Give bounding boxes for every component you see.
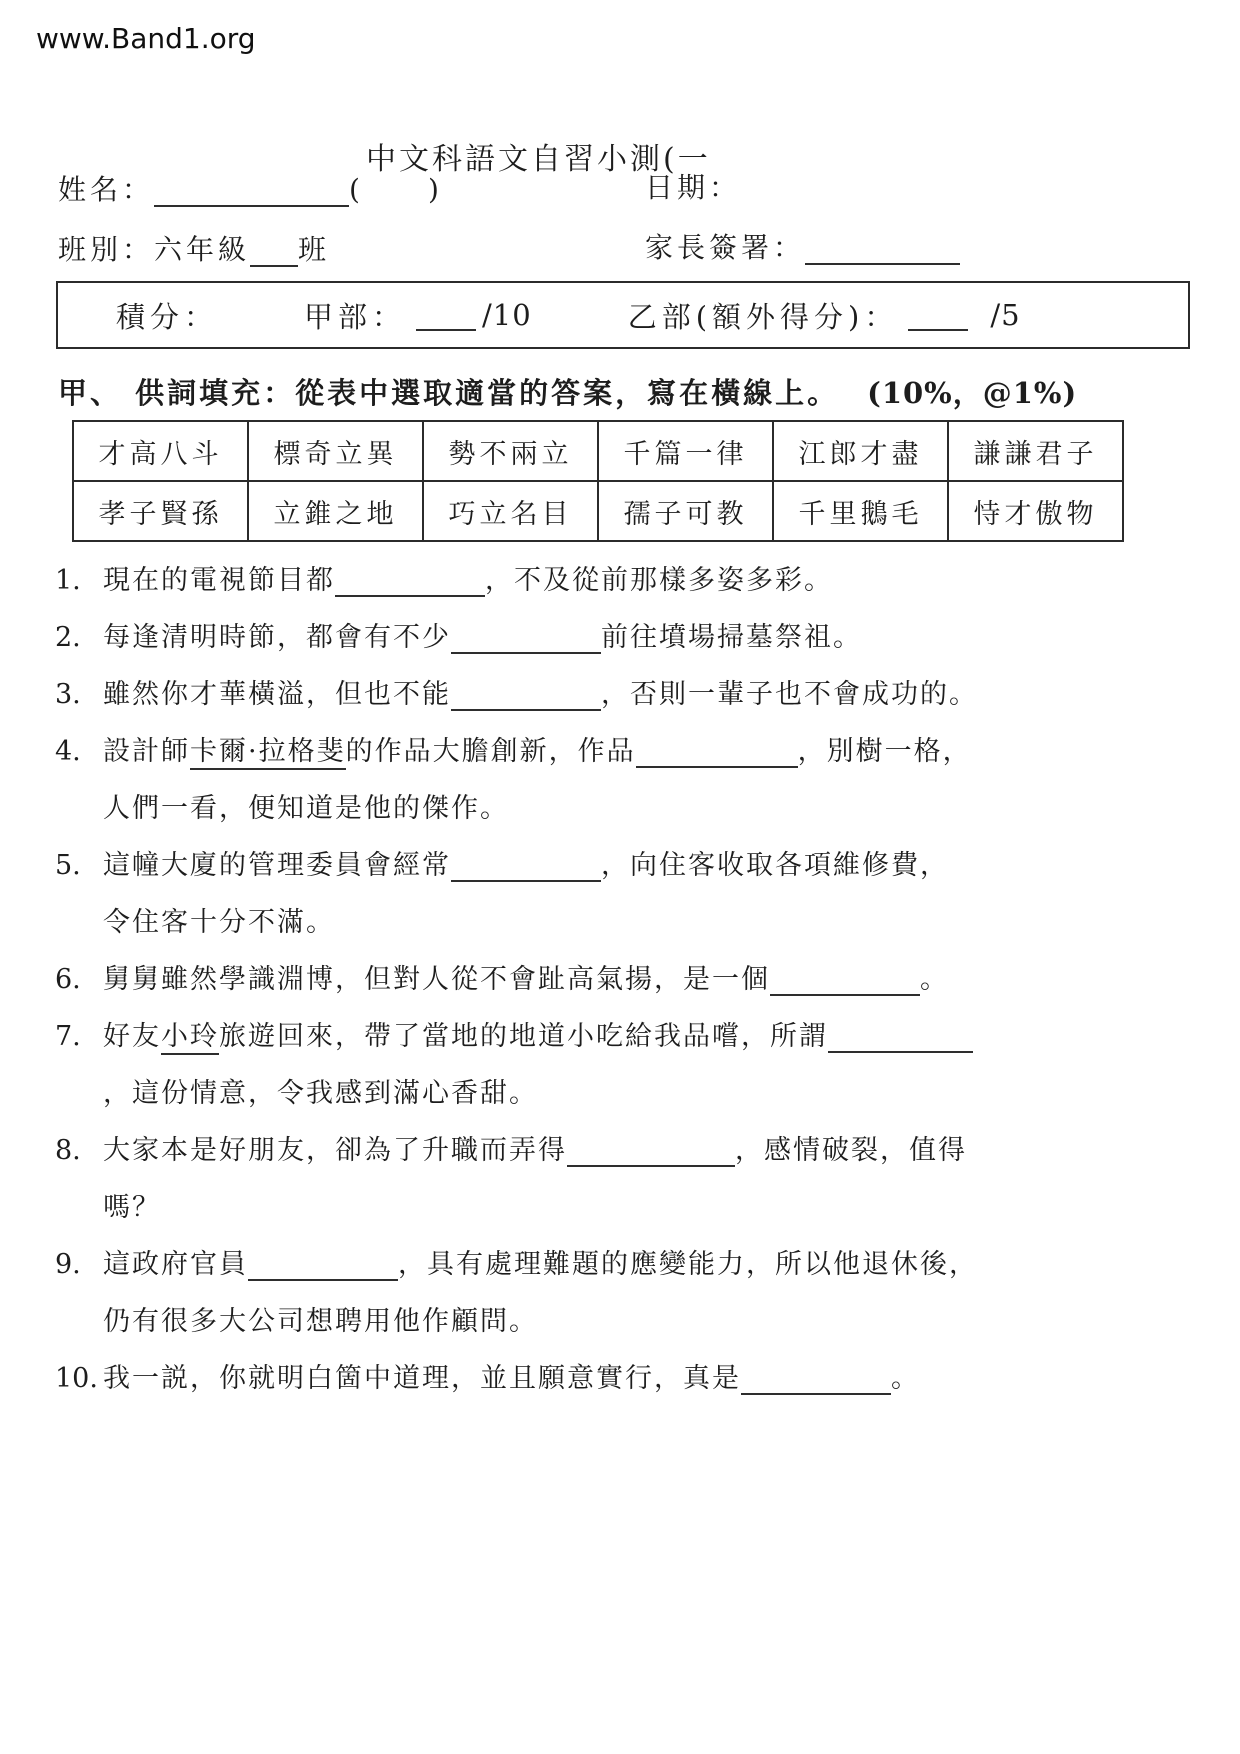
word-bank-table: 才高八斗 標奇立異 勢不兩立 千篇一律 江郎才盡 謙謙君子 孝子賢孫 立錐之地 … bbox=[72, 420, 1124, 542]
question-text: 我一説，你就明白箇中道理，並且願意實行，真是 bbox=[103, 1363, 741, 1394]
parent-sign-label: 家長簽署： bbox=[645, 231, 805, 264]
word-bank-term: 標奇立異 bbox=[248, 421, 423, 481]
question-text: 旅遊回來，帶了當地的地道小吃給我品嚐，所謂 bbox=[219, 1021, 828, 1052]
question-item: 1.現在的電視節目都，不及從前那樣多姿多彩。 bbox=[55, 552, 1195, 609]
questions-list: 1.現在的電視節目都，不及從前那樣多姿多彩。2.每逢清明時節，都會有不少前往墳場… bbox=[55, 552, 1195, 1407]
question-number: 5. bbox=[55, 837, 103, 951]
word-bank-term: 勢不兩立 bbox=[423, 421, 598, 481]
class-label: 班別：六年級 bbox=[58, 233, 250, 266]
question-item: 5.這幢大廈的管理委員會經常，向住客收取各項維修費，令住客十分不滿。 bbox=[55, 837, 1195, 951]
score-label: 積分： bbox=[116, 295, 218, 336]
answer-blank[interactable] bbox=[770, 966, 920, 996]
question-text: ，不及從前那樣多姿多彩。 bbox=[485, 565, 833, 596]
question-text: 人們一看，便知道是他的傑作。 bbox=[103, 793, 509, 824]
word-bank-term: 巧立名目 bbox=[423, 481, 598, 541]
question-text: 這幢大廈的管理委員會經常 bbox=[103, 850, 451, 881]
answer-blank[interactable] bbox=[567, 1137, 735, 1167]
question-text: 現在的電視節目都 bbox=[103, 565, 335, 596]
question-text: 仍有很多大公司想聘用他作顧問。 bbox=[103, 1306, 538, 1337]
question-line: 現在的電視節目都，不及從前那樣多姿多彩。 bbox=[103, 552, 1195, 609]
question-text: 令住客十分不滿。 bbox=[103, 907, 335, 938]
part-a-label: 甲部： bbox=[304, 295, 406, 336]
question-number: 4. bbox=[55, 723, 103, 837]
question-item: 4.設計師卡爾·拉格斐的作品大膽創新，作品，別樹一格，人們一看，便知道是他的傑作… bbox=[55, 723, 1195, 837]
section-instruction: 甲、 供詞填充：從表中選取適當的答案，寫在橫線上。 bbox=[58, 376, 839, 410]
question-line: 這幢大廈的管理委員會經常，向住客收取各項維修費， bbox=[103, 837, 1195, 894]
answer-blank[interactable] bbox=[335, 567, 485, 597]
part-b-total: /5 bbox=[990, 298, 1020, 332]
question-item: 2.每逢清明時節，都會有不少前往墳場掃墓祭祖。 bbox=[55, 609, 1195, 666]
question-line: ，這份情意，令我感到滿心香甜。 bbox=[103, 1065, 1195, 1122]
question-line: 每逢清明時節，都會有不少前往墳場掃墓祭祖。 bbox=[103, 609, 1195, 666]
question-line: 令住客十分不滿。 bbox=[103, 894, 1195, 951]
part-b-label: 乙部(額外得分)： bbox=[628, 295, 899, 336]
word-bank-row: 才高八斗 標奇立異 勢不兩立 千篇一律 江郎才盡 謙謙君子 bbox=[73, 421, 1123, 481]
question-number: 7. bbox=[55, 1008, 103, 1122]
date-row: 日期： bbox=[645, 166, 741, 206]
question-text: 雖然你才華橫溢，但也不能 bbox=[103, 679, 451, 710]
question-text: ，感情破裂，值得 bbox=[735, 1135, 967, 1166]
class-number-parens: ( ) bbox=[349, 173, 443, 206]
question-text: 這政府官員 bbox=[103, 1249, 248, 1280]
question-text: 。 bbox=[891, 1363, 920, 1394]
question-line: 人們一看，便知道是他的傑作。 bbox=[103, 780, 1195, 837]
date-label: 日期： bbox=[645, 171, 741, 204]
answer-blank[interactable] bbox=[828, 1023, 973, 1053]
question-line: 大家本是好朋友，卻為了升職而弄得，感情破裂，值得 bbox=[103, 1122, 1195, 1179]
section-marks: (10%，@1%) bbox=[867, 376, 1077, 410]
class-input-line[interactable] bbox=[250, 236, 298, 267]
class-suffix: 班 bbox=[298, 233, 330, 266]
question-text: ，具有處理難題的應變能力，所以他退休後， bbox=[398, 1249, 978, 1280]
word-bank-row: 孝子賢孫 立錐之地 巧立名目 孺子可教 千里鵝毛 恃才傲物 bbox=[73, 481, 1123, 541]
question-item: 3.雖然你才華橫溢，但也不能，否則一輩子也不會成功的。 bbox=[55, 666, 1195, 723]
score-box: 積分： 甲部： /10 乙部(額外得分)： /5 bbox=[56, 281, 1190, 349]
question-text: 前往墳場掃墓祭祖。 bbox=[601, 622, 862, 653]
question-number: 2. bbox=[55, 609, 103, 666]
question-number: 1. bbox=[55, 552, 103, 609]
word-bank-term: 孺子可教 bbox=[598, 481, 773, 541]
word-bank-term: 恃才傲物 bbox=[948, 481, 1123, 541]
question-text: 舅舅雖然學識淵博，但對人從不會趾高氣揚，是一個 bbox=[103, 964, 770, 995]
word-bank-term: 孝子賢孫 bbox=[73, 481, 248, 541]
question-line: 舅舅雖然學識淵博，但對人從不會趾高氣揚，是一個。 bbox=[103, 951, 1195, 1008]
question-text: 的作品大膽創新，作品 bbox=[346, 736, 636, 767]
question-number: 3. bbox=[55, 666, 103, 723]
word-bank-term: 才高八斗 bbox=[73, 421, 248, 481]
name-label: 姓名： bbox=[58, 173, 154, 206]
answer-blank[interactable] bbox=[248, 1251, 398, 1281]
question-line: 我一説，你就明白箇中道理，並且願意實行，真是。 bbox=[103, 1350, 1195, 1407]
question-line: 仍有很多大公司想聘用他作顧問。 bbox=[103, 1293, 1195, 1350]
parent-sign-line[interactable] bbox=[805, 234, 960, 265]
word-bank-term: 謙謙君子 bbox=[948, 421, 1123, 481]
part-b-score-line[interactable] bbox=[908, 299, 968, 331]
class-row: 班別：六年級班 bbox=[58, 228, 330, 268]
question-number: 8. bbox=[55, 1122, 103, 1236]
question-text: 每逢清明時節，都會有不少 bbox=[103, 622, 451, 653]
question-item: 8.大家本是好朋友，卻為了升職而弄得，感情破裂，值得嗎？ bbox=[55, 1122, 1195, 1236]
parent-sign-row: 家長簽署： bbox=[645, 226, 960, 266]
proper-noun-underlined: 卡爾·拉格斐 bbox=[190, 736, 346, 770]
proper-noun-underlined: 小玲 bbox=[161, 1021, 219, 1055]
question-text: 大家本是好朋友，卻為了升職而弄得 bbox=[103, 1135, 567, 1166]
part-a-total: /10 bbox=[482, 298, 532, 332]
question-text: ，別樹一格， bbox=[798, 736, 972, 767]
answer-blank[interactable] bbox=[451, 681, 601, 711]
part-a-score-line[interactable] bbox=[416, 299, 476, 331]
question-item: 10.我一説，你就明白箇中道理，並且願意實行，真是。 bbox=[55, 1350, 1195, 1407]
question-text: 好友 bbox=[103, 1021, 161, 1052]
word-bank-term: 立錐之地 bbox=[248, 481, 423, 541]
word-bank-term: 江郎才盡 bbox=[773, 421, 948, 481]
question-text: 嗎？ bbox=[103, 1192, 161, 1223]
site-watermark: www.Band1.org bbox=[36, 22, 256, 55]
question-text: ，向住客收取各項維修費， bbox=[601, 850, 949, 881]
question-line: 設計師卡爾·拉格斐的作品大膽創新，作品，別樹一格， bbox=[103, 723, 1195, 780]
word-bank-term: 千里鵝毛 bbox=[773, 481, 948, 541]
name-row: 姓名：( ) bbox=[58, 168, 443, 208]
question-line: 這政府官員，具有處理難題的應變能力，所以他退休後， bbox=[103, 1236, 1195, 1293]
answer-blank[interactable] bbox=[741, 1365, 891, 1395]
question-text: 設計師 bbox=[103, 736, 190, 767]
question-text: ，否則一輩子也不會成功的。 bbox=[601, 679, 978, 710]
question-line: 嗎？ bbox=[103, 1179, 1195, 1236]
question-number: 9. bbox=[55, 1236, 103, 1350]
question-number: 6. bbox=[55, 951, 103, 1008]
section-heading: 甲、 供詞填充：從表中選取適當的答案，寫在橫線上。(10%，@1%) bbox=[58, 371, 1077, 412]
question-item: 9.這政府官員，具有處理難題的應變能力，所以他退休後，仍有很多大公司想聘用他作顧… bbox=[55, 1236, 1195, 1350]
answer-blank[interactable] bbox=[636, 738, 798, 768]
word-bank-term: 千篇一律 bbox=[598, 421, 773, 481]
question-item: 6.舅舅雖然學識淵博，但對人從不會趾高氣揚，是一個。 bbox=[55, 951, 1195, 1008]
worksheet-page: www.Band1.org 中文科語文自習小測(一 姓名：( ) 日期： 班別：… bbox=[0, 0, 1240, 1754]
answer-blank[interactable] bbox=[451, 624, 601, 654]
question-line: 雖然你才華橫溢，但也不能，否則一輩子也不會成功的。 bbox=[103, 666, 1195, 723]
question-line: 好友小玲旅遊回來，帶了當地的地道小吃給我品嚐，所謂 bbox=[103, 1008, 1195, 1065]
question-item: 7.好友小玲旅遊回來，帶了當地的地道小吃給我品嚐，所謂，這份情意，令我感到滿心香… bbox=[55, 1008, 1195, 1122]
question-number: 10. bbox=[55, 1350, 103, 1407]
question-text: ，這份情意，令我感到滿心香甜。 bbox=[103, 1078, 538, 1109]
name-input-line[interactable] bbox=[154, 176, 349, 207]
answer-blank[interactable] bbox=[451, 852, 601, 882]
question-text: 。 bbox=[920, 964, 949, 995]
